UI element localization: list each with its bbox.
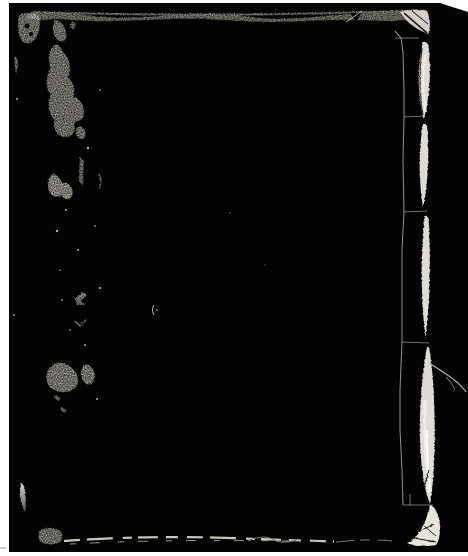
wear-pit	[25, 24, 30, 29]
wear-speck	[59, 269, 61, 271]
wear-pit	[87, 373, 89, 375]
wear-speck	[96, 398, 98, 400]
wear-speck	[65, 209, 67, 211]
wear-pit	[57, 59, 59, 61]
book-cover-photo	[0, 0, 468, 556]
wear-pit	[63, 382, 65, 384]
wear-pit	[29, 32, 33, 36]
wear-speck	[99, 287, 101, 289]
wear-speck	[61, 299, 63, 301]
wear-pit	[56, 373, 59, 376]
wear-speck	[94, 225, 96, 227]
wear-speck	[77, 249, 79, 251]
wear-speck	[156, 309, 158, 311]
wear-speck	[99, 89, 101, 91]
wear-speck	[69, 329, 71, 331]
wear-pit	[62, 104, 64, 106]
wear-pit	[59, 124, 61, 126]
margin-mark	[0, 547, 6, 549]
wear-pit	[54, 84, 57, 87]
wear-speck	[56, 230, 58, 232]
wear-speck	[16, 98, 18, 100]
wear-pit	[56, 185, 58, 187]
wear-speck	[84, 344, 86, 346]
wear-speck	[264, 264, 265, 265]
wear-pit	[63, 191, 65, 193]
bottom-edge-left-blob	[39, 528, 63, 545]
wear-speck	[13, 314, 15, 316]
wear-speck	[229, 212, 231, 214]
photo-background	[9, 3, 468, 552]
scan-page	[0, 0, 468, 556]
wear-speck	[87, 147, 89, 149]
